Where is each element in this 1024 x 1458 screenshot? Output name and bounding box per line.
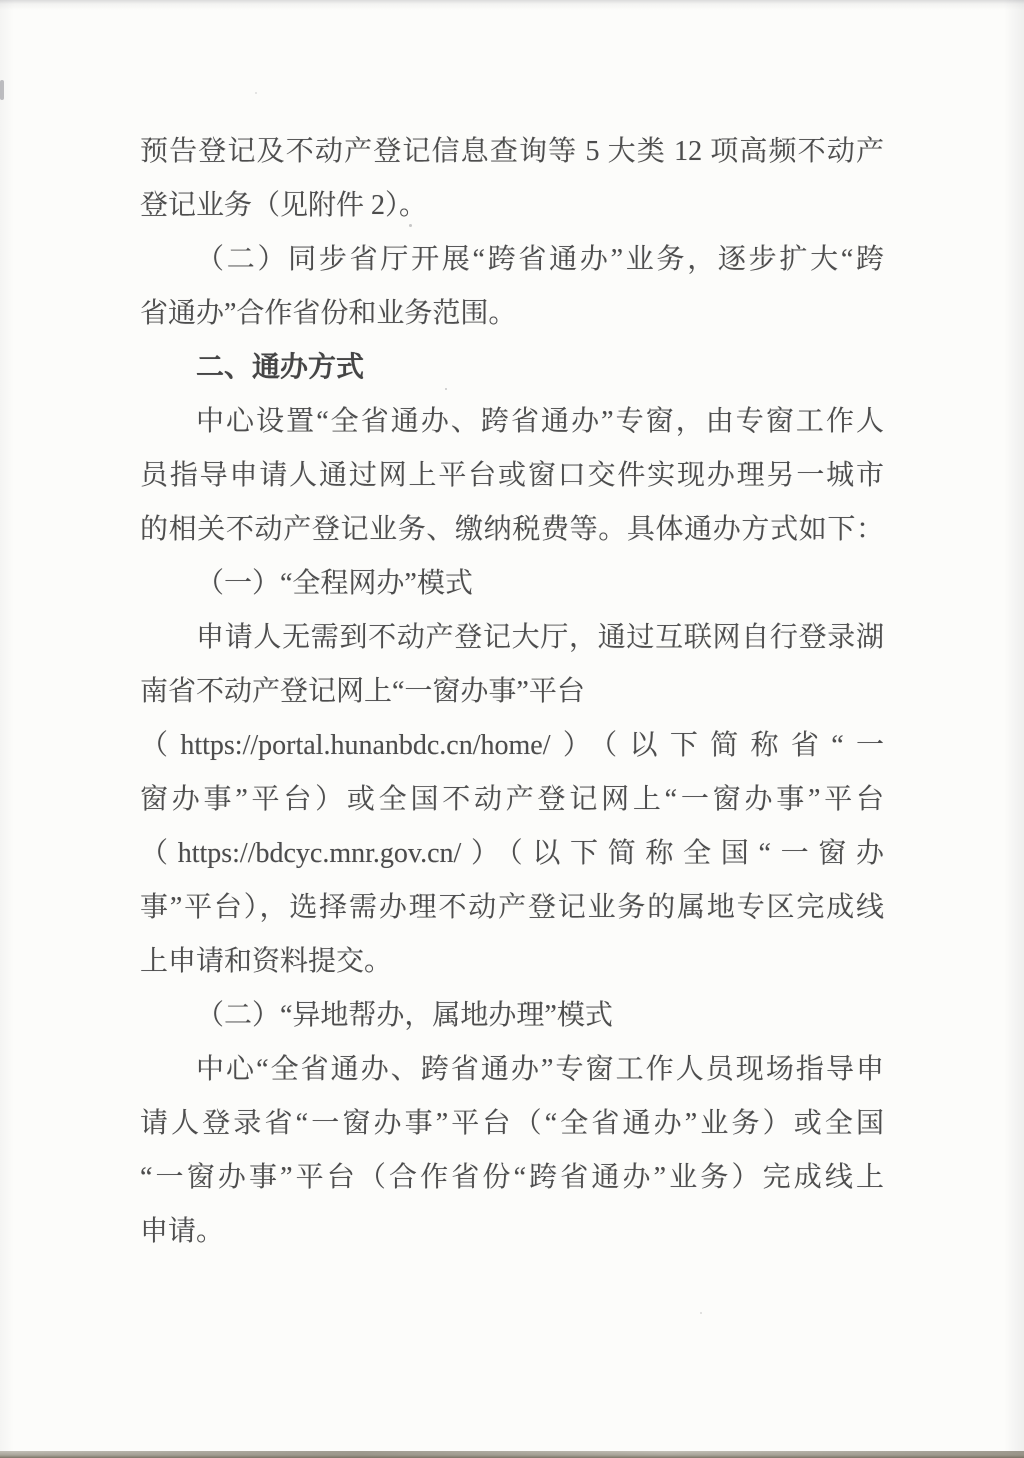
doc-line: 省通办”合作省份和业务范围。	[140, 287, 884, 341]
doc-line-url: （https://bdcyc.mnr.gov.cn/）（以下简称全国“一窗办	[140, 827, 884, 881]
scan-edge-bottom	[0, 1451, 1024, 1458]
document-text-block: 预告登记及不动产登记信息查询等 5 大类 12 项高频不动产 登记业务（见附件 …	[140, 125, 884, 1259]
doc-line: 南省不动产登记网上“一窗办事”平台	[140, 665, 884, 719]
scan-speck	[255, 92, 257, 94]
document-page: 预告登记及不动产登记信息查询等 5 大类 12 项高频不动产 登记业务（见附件 …	[0, 0, 1024, 1458]
doc-line: 上申请和资料提交。	[140, 935, 884, 989]
doc-line: 中心“全省通办、跨省通办”专窗工作人员现场指导申	[140, 1043, 884, 1097]
doc-line: 申请。	[140, 1205, 884, 1259]
section-heading: 二、通办方式	[140, 341, 884, 395]
doc-line: 的相关不动产登记业务、缴纳税费等。具体通办方式如下：	[140, 503, 884, 557]
doc-line: （二）同步省厅开展“跨省通办”业务，逐步扩大“跨	[140, 233, 884, 287]
scan-speck	[700, 1312, 702, 1314]
doc-line: 员指导申请人通过网上平台或窗口交件实现办理另一城市	[140, 449, 884, 503]
doc-line: 申请人无需到不动产登记大厅，通过互联网自行登录湖	[140, 611, 884, 665]
subsection-heading: （二）“异地帮办，属地办理”模式	[140, 989, 884, 1043]
subsection-heading: （一）“全程网办”模式	[140, 557, 884, 611]
doc-line: 登记业务（见附件 2）。	[140, 179, 884, 233]
doc-line: 窗办事”平台）或全国不动产登记网上“一窗办事”平台	[140, 773, 884, 827]
scan-edge-mark	[0, 80, 4, 100]
doc-line: 请人登录省“一窗办事”平台（“全省通办”业务）或全国	[140, 1097, 884, 1151]
doc-line-url: （https://portal.hunanbdc.cn/home/）（以下简称省…	[140, 719, 884, 773]
doc-line: “一窗办事”平台（合作省份“跨省通办”业务）完成线上	[140, 1151, 884, 1205]
doc-line: 中心设置“全省通办、跨省通办”专窗，由专窗工作人	[140, 395, 884, 449]
doc-line: 预告登记及不动产登记信息查询等 5 大类 12 项高频不动产	[140, 125, 884, 179]
doc-line: 事”平台），选择需办理不动产登记业务的属地专区完成线	[140, 881, 884, 935]
